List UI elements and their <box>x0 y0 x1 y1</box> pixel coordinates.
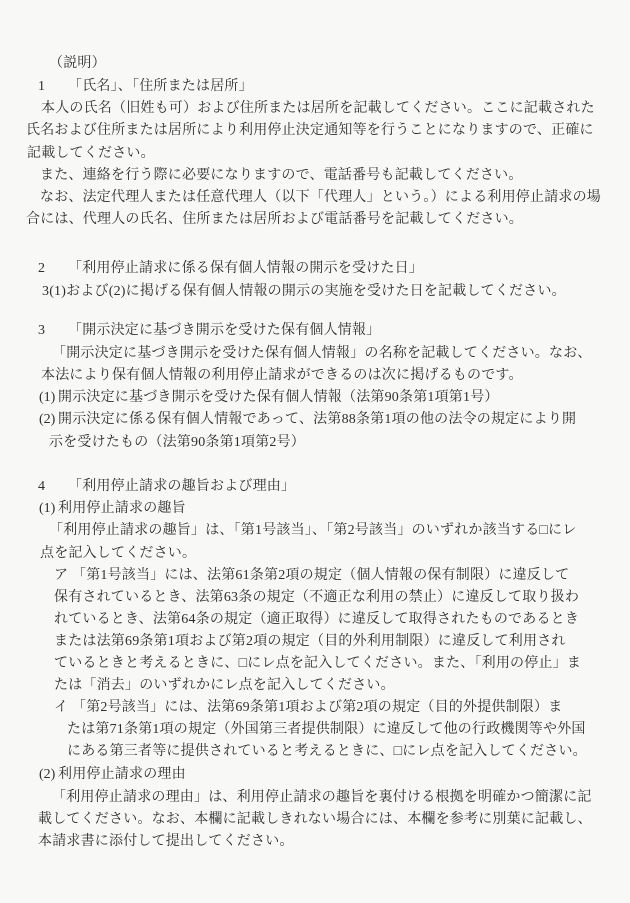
line-text: れているとき、法第64条の規定（適正取得）に違反して取得されたものであるとき <box>54 612 579 627</box>
line-text: または法第69条第1項および第2項の規定（目的外利用制限）に違反して利用され <box>54 634 566 649</box>
list-item: イ「第2号該当」には、法第69条第1項および第2項の規定（目的外提供制限）ま <box>54 700 562 716</box>
line-text: 開示決定に係る保有個人情報であって、法第88条第1項の他の法令の規定により開 <box>58 412 576 427</box>
text-line: 「利用停止請求の趣旨」は、「第1号該当」、「第2号該当」のいずれか該当する□にレ <box>49 523 576 539</box>
line-text: 「開示決定に基づき開示を受けた保有個人情報」 <box>68 323 380 338</box>
line-text: 本人の氏名（旧姓も可）および住所または居所を記載してください。ここに記載された <box>41 101 595 116</box>
line-text: 「氏名」、「住所または居所」 <box>68 79 253 94</box>
text-line: ているときと考えるときに、□にレ点を記入してください。また、「利用の停止」ま <box>54 656 581 672</box>
list-item: ア「第1号該当」には、法第61条第2項の規定（個人情報の保有制限）に違反して <box>54 568 569 584</box>
document-title: （説明） <box>49 56 106 72</box>
text-line: 本法により保有個人情報の利用停止請求ができるのは次に掲げるものです。 <box>41 368 523 384</box>
text-line: また、連絡を行う際に必要になりますので、電話番号も記載してください。 <box>40 168 523 184</box>
text-line: 示を受けたもの（法第90条第1項第2号） <box>49 435 305 451</box>
line-text: 3(1)および(2)に掲げる保有個人情報の開示の実施を受けた日を記載してください… <box>42 284 566 299</box>
text-line: たは第71条第1項の規定（外国第三者提供制限）に違反して他の行政機関等や外国 <box>67 722 586 738</box>
line-text: 本法により保有個人情報の利用停止請求ができるのは次に掲げるものです。 <box>41 368 523 383</box>
item-marker: ア <box>54 568 72 583</box>
item-marker: (2) <box>39 767 58 782</box>
line-text: 保有されているとき、法第63条の規定（不適正な利用の禁止）に違反して取り扱わ <box>54 590 579 605</box>
list-item: (2)開示決定に係る保有個人情報であって、法第88条第1項の他の法令の規定により… <box>39 412 576 428</box>
text-line: 氏名および住所または居所により利用停止決定通知等を行うことになりますので、正確に <box>26 123 594 139</box>
text-line: または法第69条第1項および第2項の規定（目的外利用制限）に違反して利用され <box>54 634 566 650</box>
section-number: 4 <box>38 479 68 494</box>
line-text: たは「消去」のいずれかにレ点を記入してください。 <box>54 678 395 693</box>
text-line: 「利用停止請求の理由」は、利用停止請求の趣旨を裏付ける根拠を明確かつ簡潔に記 <box>52 790 592 806</box>
line-text: 「利用停止請求の理由」は、利用停止請求の趣旨を裏付ける根拠を明確かつ簡潔に記 <box>52 790 592 805</box>
line-text: 合には、代理人の氏名、住所または居所および電話番号を記載してください。 <box>26 212 523 227</box>
line-text: 「利用停止請求の趣旨および理由」 <box>68 479 295 494</box>
section-heading: 4「利用停止請求の趣旨および理由」 <box>38 479 295 495</box>
item-marker: (1) <box>39 390 58 405</box>
line-text: 載してください。なお、本欄に記載しきれない場合には、本欄を参考に別葉に記載し、 <box>38 812 592 827</box>
text-line: たは「消去」のいずれかにレ点を記入してください。 <box>54 678 395 694</box>
line-text: 「利用停止請求に係る保有個人情報の開示を受けた日」 <box>68 261 423 276</box>
line-text: 「利用停止請求の趣旨」は、「第1号該当」、「第2号該当」のいずれか該当する□にレ <box>49 523 576 538</box>
line-text: たは第71条第1項の規定（外国第三者提供制限）に違反して他の行政機関等や外国 <box>67 722 586 737</box>
line-text: また、連絡を行う際に必要になりますので、電話番号も記載してください。 <box>40 168 523 183</box>
line-text: （説明） <box>49 56 106 71</box>
line-text: ているときと考えるときに、□にレ点を記入してください。また、「利用の停止」ま <box>54 656 581 671</box>
item-marker: (1) <box>39 501 58 516</box>
text-line: にある第三者等に提供されていると考えるときに、□にレ点を記入してください。 <box>67 744 587 760</box>
list-item: (1)開示決定に基づき開示を受けた保有個人情報（法第90条第1項第1号） <box>39 390 499 406</box>
line-text: 「開示決定に基づき開示を受けた保有個人情報」の名称を記載してください。なお、 <box>52 346 592 361</box>
text-line: 載してください。なお、本欄に記載しきれない場合には、本欄を参考に別葉に記載し、 <box>38 812 592 828</box>
section-number: 3 <box>38 323 68 338</box>
item-marker: イ <box>54 700 72 715</box>
section-heading: 3「開示決定に基づき開示を受けた保有個人情報」 <box>38 323 380 339</box>
line-text: 本請求書に添付して提出してください。 <box>38 834 294 849</box>
item-marker: (2) <box>39 412 58 427</box>
line-text: 示を受けたもの（法第90条第1項第2号） <box>49 435 305 450</box>
line-text: 「第1号該当」には、法第61条第2項の規定（個人情報の保有制限）に違反して <box>72 568 569 583</box>
text-line: 「開示決定に基づき開示を受けた保有個人情報」の名称を記載してください。なお、 <box>52 346 592 362</box>
list-item: (1)利用停止請求の趣旨 <box>39 501 186 517</box>
section-number: 1 <box>38 79 68 94</box>
text-line: 記載してください。 <box>27 146 155 162</box>
text-line: なお、法定代理人または任意代理人（以下「代理人」という。）による利用停止請求の場 <box>40 190 601 206</box>
text-line: 合には、代理人の氏名、住所または居所および電話番号を記載してください。 <box>26 212 523 228</box>
line-text: 氏名および住所または居所により利用停止決定通知等を行うことになりますので、正確に <box>26 123 594 138</box>
text-line: 3(1)および(2)に掲げる保有個人情報の開示の実施を受けた日を記載してください… <box>42 284 566 300</box>
line-text: 利用停止請求の趣旨 <box>58 501 186 516</box>
text-line: 本人の氏名（旧姓も可）および住所または居所を記載してください。ここに記載された <box>41 101 595 117</box>
text-line: 本請求書に添付して提出してください。 <box>38 834 294 850</box>
line-text: なお、法定代理人または任意代理人（以下「代理人」という。）による利用停止請求の場 <box>40 190 601 205</box>
line-text: 「第2号該当」には、法第69条第1項および第2項の規定（目的外提供制限）ま <box>72 700 562 715</box>
section-heading: 2「利用停止請求に係る保有個人情報の開示を受けた日」 <box>38 261 423 277</box>
line-text: にある第三者等に提供されていると考えるときに、□にレ点を記入してください。 <box>67 744 587 759</box>
line-text: 利用停止請求の理由 <box>58 767 186 782</box>
section-number: 2 <box>38 261 68 276</box>
document-page: （説明）1「氏名」、「住所または居所」本人の氏名（旧姓も可）および住所または居所… <box>0 0 630 903</box>
list-item: (2)利用停止請求の理由 <box>39 767 186 783</box>
line-text: 点を記入してください。 <box>40 546 196 561</box>
line-text: 開示決定に基づき開示を受けた保有個人情報（法第90条第1項第1号） <box>58 390 499 405</box>
text-line: 点を記入してください。 <box>40 546 196 562</box>
section-heading: 1「氏名」、「住所または居所」 <box>38 79 253 95</box>
text-line: 保有されているとき、法第63条の規定（不適正な利用の禁止）に違反して取り扱わ <box>54 590 579 606</box>
line-text: 記載してください。 <box>27 146 155 161</box>
text-line: れているとき、法第64条の規定（適正取得）に違反して取得されたものであるとき <box>54 612 579 628</box>
